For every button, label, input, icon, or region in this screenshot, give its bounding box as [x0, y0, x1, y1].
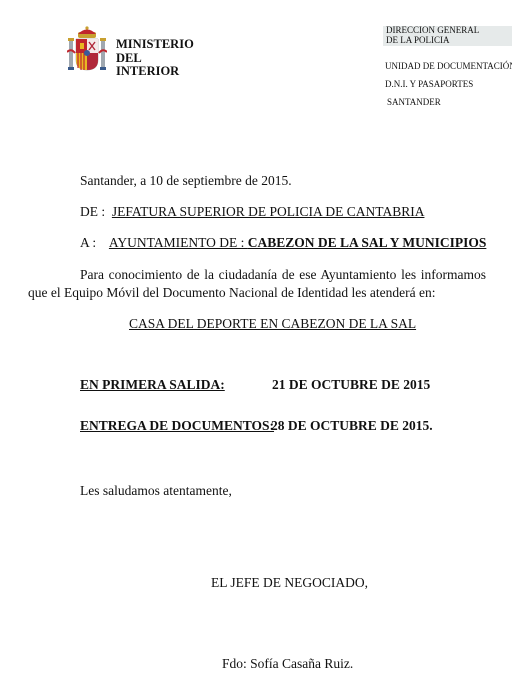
from-line: DE : JEFATURA SUPERIOR DE POLICIA DE CAN… — [80, 204, 424, 220]
schedule-label: EN PRIMERA SALIDA: — [80, 377, 225, 393]
schedule-value: 21 DE OCTUBRE DE 2015 — [272, 377, 430, 393]
ministry-name: MINISTERIO DEL INTERIOR — [116, 38, 194, 79]
to-line: A : AYUNTAMIENTO DE : CABEZON DE LA SAL … — [80, 235, 486, 251]
unit-name: UNIDAD DE DOCUMENTACIÓN — [385, 61, 512, 71]
ministry-line: MINISTERIO — [116, 38, 194, 52]
to-prefix: AYUNTAMIENTO DE : — [109, 235, 248, 250]
section-name: D.N.I. Y PASAPORTES — [385, 79, 473, 89]
location: CASA DEL DEPORTE EN CABEZON DE LA SAL — [129, 316, 416, 332]
ministry-line: INTERIOR — [116, 65, 194, 79]
schedule-label: ENTREGA DE DOCUMENTOS: — [80, 418, 274, 434]
schedule-value: 28 DE OCTUBRE DE 2015. — [271, 418, 433, 434]
to-value: CABEZON DE LA SAL Y MUNICIPIOS — [248, 235, 487, 250]
date-line: Santander, a 10 de septiembre de 2015. — [80, 173, 292, 189]
ministry-line: DEL — [116, 52, 194, 66]
signer-title: EL JEFE DE NEGOCIADO, — [211, 575, 368, 591]
spain-coat-of-arms-icon — [67, 26, 107, 72]
body-paragraph: Para conocimiento de la ciudadanía de es… — [28, 266, 486, 302]
from-label: DE : — [80, 204, 105, 219]
from-value: JEFATURA SUPERIOR DE POLICIA DE CANTABRI… — [112, 204, 425, 219]
office-city: SANTANDER — [387, 97, 441, 107]
greeting: Les saludamos atentamente, — [80, 483, 232, 499]
directorate-line: DE LA POLICIA — [386, 36, 479, 46]
to-label: A : — [80, 235, 96, 250]
signature: Fdo: Sofía Casaña Ruiz. — [222, 656, 353, 672]
directorate: DIRECCION GENERAL DE LA POLICIA — [386, 26, 479, 45]
